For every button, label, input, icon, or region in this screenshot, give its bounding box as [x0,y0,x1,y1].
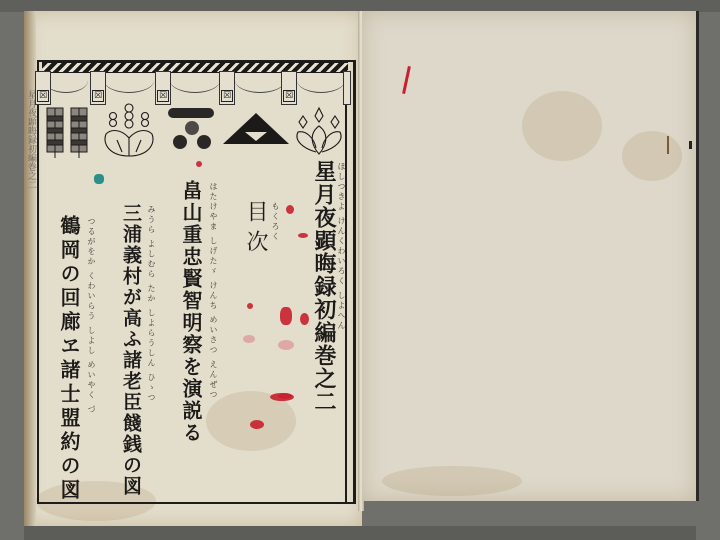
red-ink-spot [196,161,202,167]
one-three-circles-crest-icon [164,104,220,154]
right-page [362,11,699,501]
arrow-feathers-crest-icon [44,104,94,160]
faded-red-spot [278,340,294,350]
contents-entry-2: 三浦義村が高ふ諸老臣餞銭の図 [120,203,141,497]
paper-mark [667,136,669,154]
gentian-crest-icon [290,104,348,158]
red-ink-spot [280,307,292,325]
faded-red-spot [243,335,255,343]
x-box-icon: ☒ [37,90,49,102]
paper-stain [522,91,602,161]
contents-entry-3: 鶴岡の回廊ヱ諸士盟約の図 [58,215,80,503]
curtain-tab: ☒ [281,71,297,105]
contents-entry-1: 畠山重忠賢智明察を演説る [180,180,202,444]
title-furigana: ほしつきよ けんくわいろく しよへん [336,162,347,331]
red-ink-spot [247,303,253,309]
entry-2-furigana: みうら よしむら たか しよらうしん ひゝつ [146,205,157,403]
background-bottom [24,526,696,540]
paper-stain [382,466,522,496]
ink-dot [689,141,692,149]
paulownia-crest-icon [100,100,158,160]
red-ink-spot [298,233,308,238]
curtain-tab: ☒ [219,71,235,105]
triangle-scale-crest-icon [221,111,291,147]
red-ink-stroke [402,66,411,94]
x-box-icon: ☒ [221,90,233,102]
paper-stain [622,131,682,181]
curtain-tab: ☒ [35,71,51,105]
heading-furigana: もくろく [270,202,281,242]
red-ink-spot [286,205,294,214]
entry-1-furigana: はたけやま しげたゞ けんち めいさつ えんぜつ [208,182,219,400]
x-box-icon: ☒ [283,90,295,102]
red-ink-spot [250,420,264,429]
curtain-tab [343,71,351,105]
contents-heading: 目次 [243,200,267,260]
red-ink-spot [300,313,309,325]
teal-ink-spot [94,174,104,184]
entry-3-furigana: つるがをか くわいらう しよし めいやく づ [86,217,97,415]
x-box-icon: ☒ [157,90,169,102]
red-ink-spot [278,393,292,399]
book-title: 星月夜顕晦録初編巻之二 [312,160,336,413]
